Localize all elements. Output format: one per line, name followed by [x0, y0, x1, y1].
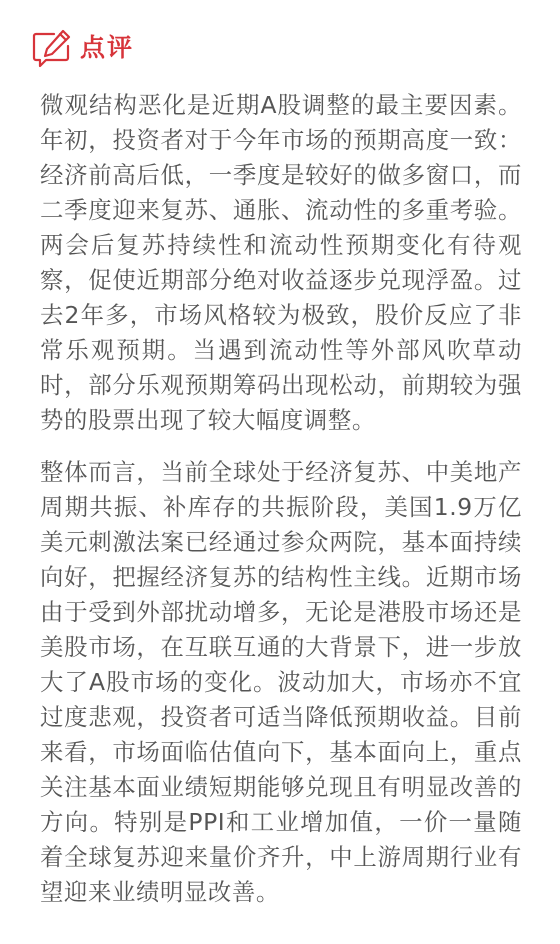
comment-body: 微观结构恶化是近期A股调整的最主要因素。年初，投资者对于今年市场的预期高度一致：… [40, 88, 522, 910]
paragraph-outlook: 整体而言，当前全球处于经济复苏、中美地产周期共振、补库存的共振阶段，美国1.9万… [40, 455, 522, 910]
paragraph-market-structure: 微观结构恶化是近期A股调整的最主要因素。年初，投资者对于今年市场的预期高度一致：… [40, 88, 522, 438]
comment-section-header: 点评 [32, 28, 134, 68]
edit-comment-icon [32, 28, 72, 68]
section-title: 点评 [80, 28, 134, 68]
